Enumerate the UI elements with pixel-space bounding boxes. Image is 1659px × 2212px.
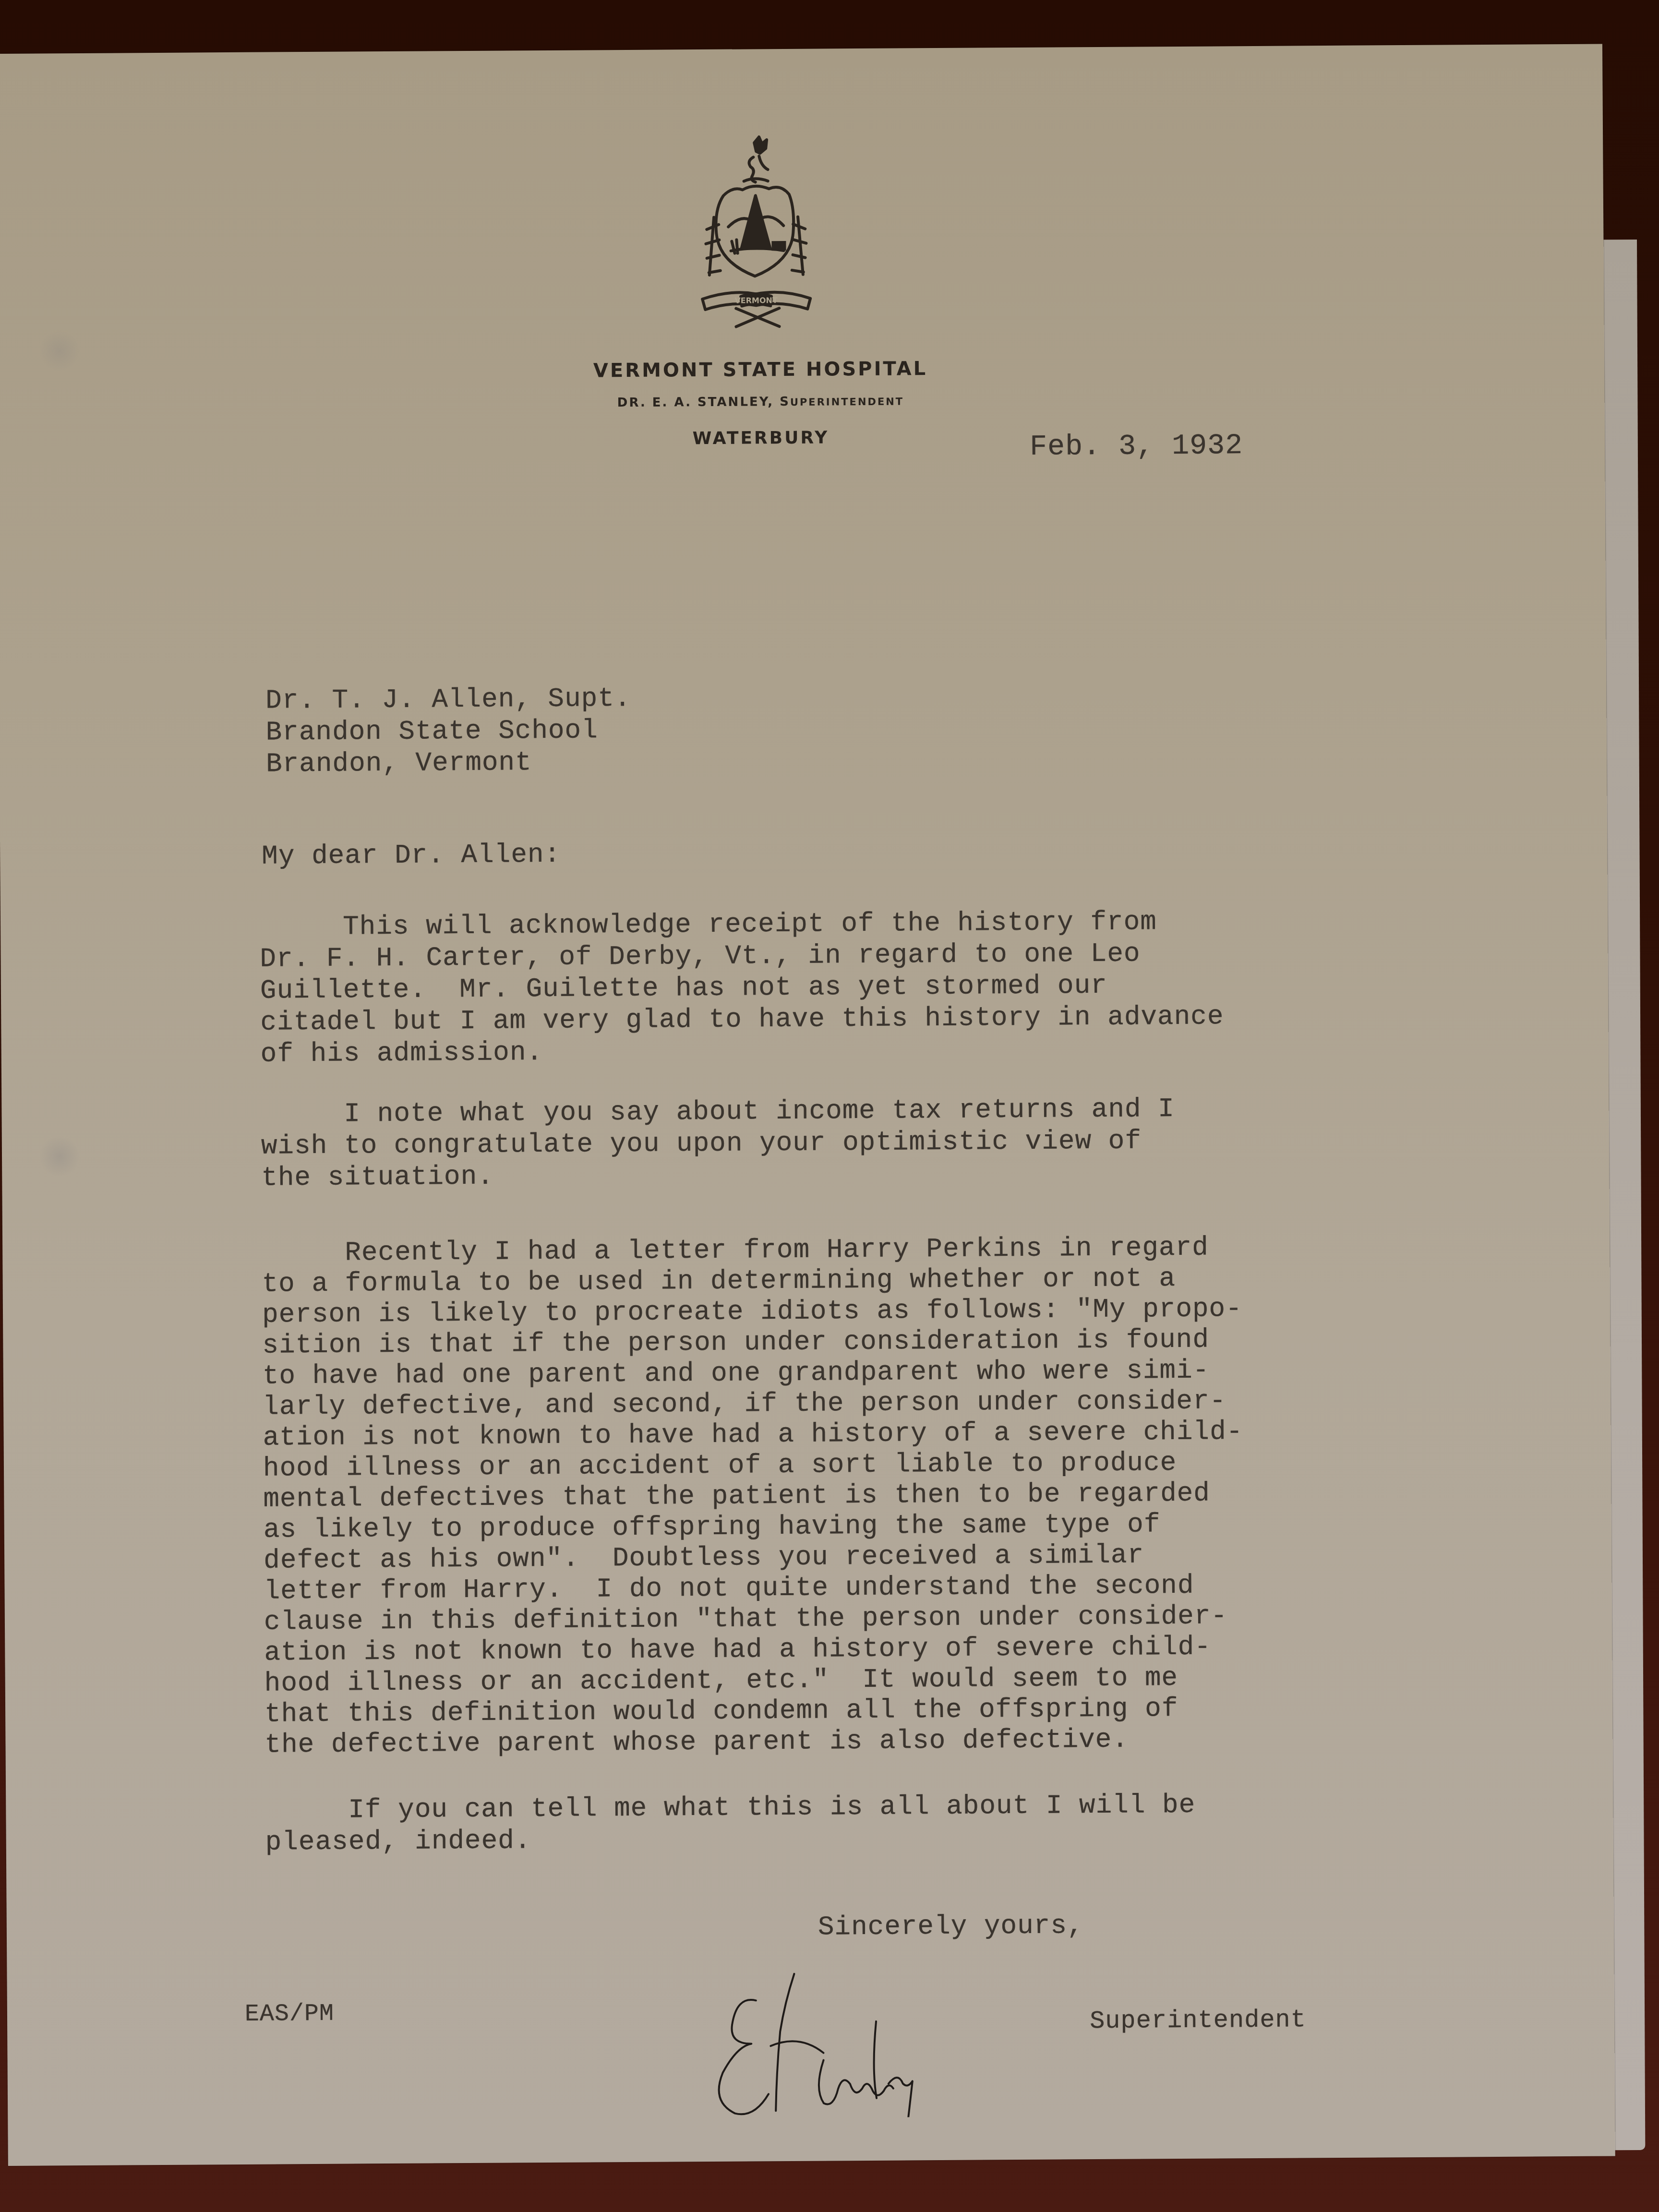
salutation: My dear Dr. Allen: <box>262 839 561 872</box>
signer-title: Superintendent <box>1090 2004 1306 2037</box>
body-paragraph: This will acknowledge receipt of the his… <box>260 905 1224 1070</box>
body-paragraph: If you can tell me what this is all abou… <box>265 1789 1196 1858</box>
reference-initials: EAS/PM <box>245 1998 334 2031</box>
recipient-line: Brandon State School <box>265 714 631 748</box>
svg-text:VERMONT: VERMONT <box>734 296 778 305</box>
vermont-coat-of-arms-icon: VERMONT <box>687 132 825 330</box>
letter-sheet: VERMONT VERMONT STATE HOSPITAL DR. E. A.… <box>0 44 1615 2166</box>
institution-city: WATERBURY <box>545 427 977 449</box>
superintendent-line: DR. E. A. STANLEY, SUPERINTENDENT <box>544 394 976 410</box>
letter-date: Feb. 3, 1932 <box>1030 430 1243 463</box>
handwritten-signature-icon <box>693 1963 1006 2118</box>
recipient-address: Dr. T. J. Allen, Supt.Brandon State Scho… <box>265 683 632 780</box>
body-paragraph: Recently I had a letter from Harry Perki… <box>262 1232 1245 1760</box>
body-paragraph: I note what you say about income tax ret… <box>261 1093 1175 1194</box>
recipient-line: Dr. T. J. Allen, Supt. <box>265 683 631 717</box>
closing: Sincerely yours, <box>818 1910 1084 1943</box>
recipient-line: Brandon, Vermont <box>266 746 632 780</box>
institution-name: VERMONT STATE HOSPITAL <box>544 358 976 382</box>
